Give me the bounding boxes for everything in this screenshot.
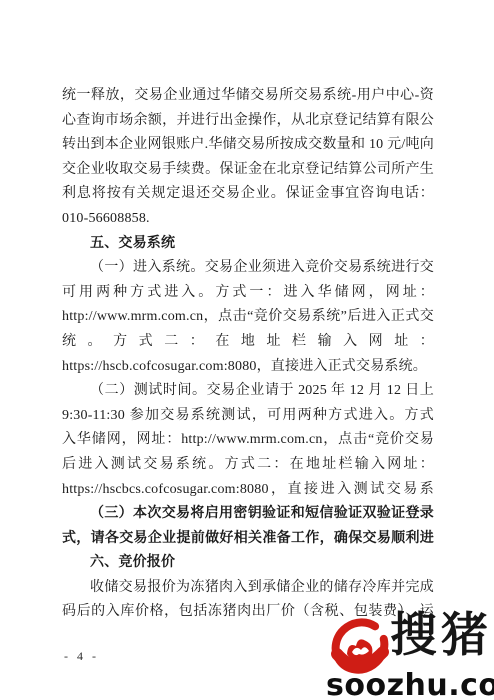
text-line: 010-56608858. bbox=[62, 207, 434, 232]
text-line: （一）进入系统。交易企业须进入竞价交易系统进行交易， bbox=[62, 256, 434, 281]
text-line: 可用两种方式进入。方式一：进入华储网，网址： bbox=[62, 281, 434, 306]
text-line: 交企业收取交易手续费。保证金在北京登记结算公司所产生的 bbox=[62, 158, 434, 183]
text-line: 利息将按有关规定退还交易企业。保证金事宜咨询电话： bbox=[62, 182, 434, 207]
text-line: https://hscb.cofcosugar.com:8080，直接进入正式交… bbox=[62, 355, 434, 380]
text-line: http://www.mrm.com.cn，点击“竞价交易系统”后进入正式交易系 bbox=[62, 305, 434, 330]
text-line: 入华储网，网址：http://www.mrm.com.cn，点击“竞价交易系统” bbox=[62, 428, 434, 453]
document-page: 统一释放，交易企业通过华储交易所交易系统-用户中心-资金中心查询市场余额，并进行… bbox=[0, 0, 494, 700]
page-number: - 4 - bbox=[64, 649, 99, 664]
brand-calligraphy: 搜猪 bbox=[390, 610, 492, 662]
text-line: 心查询市场余额，并进行出金操作，从北京登记结算有限公司 bbox=[62, 109, 434, 134]
soozhu-watermark: 搜猪 soozhu.com bbox=[324, 610, 494, 700]
text-line: 收储交易报价为冻猪肉入到承储企业的储存冷库并完成堆 bbox=[62, 576, 434, 601]
text-line: https://hscbcs.cofcosugar.com:8080，直接进入测… bbox=[62, 478, 434, 503]
text-line: 9:30-11:30 参加交易系统测试，可用两种方式进入。方式一：进 bbox=[62, 404, 434, 429]
text-line: 五、交易系统 bbox=[62, 232, 434, 257]
text-line: 式，请各交易企业提前做好相关准备工作，确保交易顺利进行. bbox=[62, 527, 434, 552]
text-line: （二）测试时间。交易企业请于 2025 年 12 月 12 日上午 bbox=[62, 379, 434, 404]
text-line: 后进入测试交易系统。方式二：在地址栏输入网址： bbox=[62, 453, 434, 478]
text-line: 统一释放，交易企业通过华储交易所交易系统-用户中心-资金中 bbox=[62, 84, 434, 109]
document-text: 统一释放，交易企业通过华储交易所交易系统-用户中心-资金中心查询市场余额，并进行… bbox=[62, 84, 434, 625]
text-line: 统。方式二：在地址栏输入网址： bbox=[62, 330, 434, 355]
text-line: 转出到本企业网银账户.华储交易所按成交数量和 10 元/吨向成 bbox=[62, 133, 434, 158]
brand-domain: soozhu.com bbox=[326, 668, 494, 700]
text-line: （三）本次交易将启用密钥验证和短信验证双验证登录模 bbox=[62, 502, 434, 527]
text-line: 六、竞价报价 bbox=[62, 551, 434, 576]
